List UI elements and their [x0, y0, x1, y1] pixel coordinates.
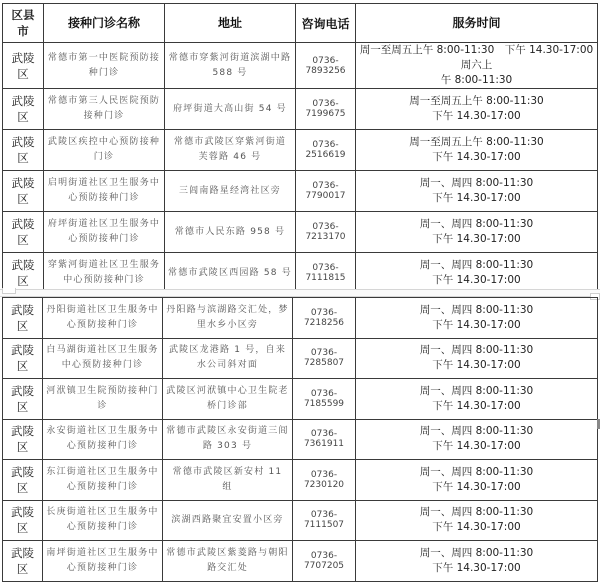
address-cell: 武陵区龙港路 1 号，自来水公司斜对面	[163, 338, 293, 379]
table-row: 武陵区 常德市第一中医院预防接种门诊 常德市穿紫河街道滨湖中路 588 号 07…	[3, 43, 598, 89]
clinic-name-cell: 常德市第三人民医院预防接种门诊	[44, 89, 165, 130]
service-hours-cell: 周一、周四 8:00-11:30下午 14.30-17:00	[356, 338, 598, 379]
phone-cell: 0736-7213170	[296, 212, 356, 253]
hours-line-1: 周一、周四 8:00-11:30	[359, 343, 594, 358]
hours-line-2: 下午 14.30-17:00	[359, 318, 594, 333]
address-cell: 常德市武陵区新安村 11 组	[163, 460, 293, 501]
address-cell: 常德市武陵区紫菱路与朝阳路交汇处	[163, 541, 293, 582]
clinic-name-cell: 武陵区疾控中心预防接种门诊	[44, 130, 165, 171]
hours-line-1: 周一至周五上午 8:00-11:30	[359, 94, 594, 109]
district-cell: 武陵区	[3, 212, 44, 253]
table-row: 武陵区 河洑镇卫生院预防接种门诊 武陵区河洑镇中心卫生院老桥门诊部 0736-7…	[3, 379, 598, 420]
service-hours-cell: 周一至周五上午 8:00-11:30下午 14.30-17:00	[356, 89, 598, 130]
hours-line-1: 周一、周四 8:00-11:30	[359, 465, 594, 480]
table-row: 武陵区 府坪街道社区卫生服务中心预防接种门诊 常德市人民东路 958 号 073…	[3, 212, 598, 253]
hours-line-1: 周一、周四 8:00-11:30	[359, 424, 594, 439]
service-hours-cell: 周一、周四 8:00-11:30下午 14.30-17:00	[356, 379, 598, 420]
hours-line-2: 下午 14.30-17:00	[359, 358, 594, 373]
hours-line-2: 下午 14.30-17:00	[359, 232, 594, 247]
address-cell: 常德市武陵区永安街道三闾路 303 号	[163, 419, 293, 460]
hours-line-1: 周一至周五上午 8:00-11:30 下午 14.30-17:00 周六上	[359, 43, 594, 73]
address-cell: 常德市穿紫河街道滨湖中路 588 号	[165, 43, 296, 89]
district-cell: 武陵区	[3, 171, 44, 212]
hours-line-2: 午 8:00-11:30	[359, 73, 594, 88]
clinic-name-cell: 永安街道社区卫生服务中心预防接种门诊	[43, 419, 163, 460]
table-row: 武陵区 长庚街道社区卫生服务中心预防接种门诊 滨湖西路聚宜安置小区旁 0736-…	[3, 500, 598, 541]
header-clinic-name: 接种门诊名称	[44, 4, 165, 43]
address-cell: 府坪街道大高山街 54 号	[165, 89, 296, 130]
hours-line-2: 下午 14.30-17:00	[359, 150, 594, 165]
service-hours-cell: 周一、周四 8:00-11:30下午 14.30-17:00	[356, 541, 598, 582]
district-cell: 武陵区	[3, 419, 43, 460]
address-cell: 常德市人民东路 958 号	[165, 212, 296, 253]
service-hours-cell: 周一至周五上午 8:00-11:30 下午 14.30-17:00 周六上午 8…	[356, 43, 598, 89]
table-row: 武陵区 穿紫河街道社区卫生服务中心预防接种门诊 常德市武陵区西园路 58 号 0…	[3, 253, 598, 294]
phone-cell: 0736-7285807	[293, 338, 356, 379]
hours-line-1: 周一至周五上午 8:00-11:30	[359, 135, 594, 150]
phone-cell: 0736-7111815	[296, 253, 356, 294]
service-hours-cell: 周一、周四 8:00-11:30下午 14.30-17:00	[356, 253, 598, 294]
service-hours-cell: 周一、周四 8:00-11:30下午 14.30-17:00	[356, 171, 598, 212]
phone-cell: 0736-7185599	[293, 379, 356, 420]
address-cell: 滨湖西路聚宜安置小区旁	[163, 500, 293, 541]
hours-line-1: 周一、周四 8:00-11:30	[359, 258, 594, 273]
phone-cell: 0736-7111507	[293, 500, 356, 541]
address-cell: 常德市武陵区穿紫河街道 芙蓉路 46 号	[165, 130, 296, 171]
clinic-name-cell: 穿紫河街道社区卫生服务中心预防接种门诊	[44, 253, 165, 294]
header-address: 地址	[165, 4, 296, 43]
district-cell: 武陵区	[3, 89, 44, 130]
district-cell: 武陵区	[3, 130, 44, 171]
clinic-name-cell: 东江街道社区卫生服务中心预防接种门诊	[43, 460, 163, 501]
phone-cell: 0736-7199675	[296, 89, 356, 130]
clinic-name-cell: 南坪街道社区卫生服务中心预防接种门诊	[43, 541, 163, 582]
service-hours-cell: 周一至周五上午 8:00-11:30下午 14.30-17:00	[356, 130, 598, 171]
table-row: 武陵区 武陵区疾控中心预防接种门诊 常德市武陵区穿紫河街道 芙蓉路 46 号 0…	[3, 130, 598, 171]
table-row: 武陵区 南坪街道社区卫生服务中心预防接种门诊 常德市武陵区紫菱路与朝阳路交汇处 …	[3, 541, 598, 582]
table-row: 武陵区 启明街道社区卫生服务中心预防接种门诊 三闾南路星经湾社区旁 0736-7…	[3, 171, 598, 212]
table-row: 武陵区 丹阳街道社区卫生服务中心预防接种门诊 丹阳路与滨湖路交汇处，梦里水乡小区…	[3, 298, 598, 339]
phone-cell: 0736-7893256	[296, 43, 356, 89]
clinic-table-part-1: 区县市 接种门诊名称 地址 咨询电话 服务时间 武陵区 常德市第一中医院预防接种…	[2, 3, 598, 294]
address-cell: 常德市武陵区西园路 58 号	[165, 253, 296, 294]
clinic-name-cell: 启明街道社区卫生服务中心预防接种门诊	[44, 171, 165, 212]
header-service-hours: 服务时间	[356, 4, 598, 43]
service-hours-cell: 周一、周四 8:00-11:30下午 14.30-17:00	[356, 500, 598, 541]
hours-line-2: 下午 14.30-17:00	[359, 273, 594, 288]
hours-line-2: 下午 14.30-17:00	[359, 439, 594, 454]
hours-line-1: 周一、周四 8:00-11:30	[359, 546, 594, 561]
clinic-table-part-2: 武陵区 丹阳街道社区卫生服务中心预防接种门诊 丹阳路与滨湖路交汇处，梦里水乡小区…	[2, 297, 598, 582]
table-row: 武陵区 白马湖街道社区卫生服务中心预防接种门诊 武陵区龙港路 1 号，自来水公司…	[3, 338, 598, 379]
district-cell: 武陵区	[3, 460, 43, 501]
table-row: 武陵区 永安街道社区卫生服务中心预防接种门诊 常德市武陵区永安街道三闾路 303…	[3, 419, 598, 460]
phone-cell: 0736-7218256	[293, 298, 356, 339]
phone-cell: 0736-7361911	[293, 419, 356, 460]
clinic-name-cell: 白马湖街道社区卫生服务中心预防接种门诊	[43, 338, 163, 379]
service-hours-cell: 周一、周四 8:00-11:30下午 14.30-17:00	[356, 212, 598, 253]
phone-cell: 0736-7707205	[293, 541, 356, 582]
clinic-name-cell: 常德市第一中医院预防接种门诊	[44, 43, 165, 89]
phone-cell: 0736-2516619	[296, 130, 356, 171]
district-cell: 武陵区	[3, 298, 43, 339]
phone-cell: 0736-7790017	[296, 171, 356, 212]
hours-line-1: 周一、周四 8:00-11:30	[359, 384, 594, 399]
hours-line-1: 周一、周四 8:00-11:30	[359, 505, 594, 520]
service-hours-cell: 周一、周四 8:00-11:30下午 14.30-17:00	[356, 419, 598, 460]
hours-line-2: 下午 14.30-17:00	[359, 480, 594, 495]
page-break-marker-left	[2, 288, 16, 294]
page-break-separator	[0, 289, 600, 297]
address-cell: 三闾南路星经湾社区旁	[165, 171, 296, 212]
district-cell: 武陵区	[3, 500, 43, 541]
district-cell: 武陵区	[3, 541, 43, 582]
district-cell: 武陵区	[3, 43, 44, 89]
phone-cell: 0736-7230120	[293, 460, 356, 501]
clinic-name-cell: 府坪街道社区卫生服务中心预防接种门诊	[44, 212, 165, 253]
hours-line-2: 下午 14.30-17:00	[359, 191, 594, 206]
table-row: 武陵区 常德市第三人民医院预防接种门诊 府坪街道大高山街 54 号 0736-7…	[3, 89, 598, 130]
hours-line-1: 周一、周四 8:00-11:30	[359, 176, 594, 191]
hours-line-1: 周一、周四 8:00-11:30	[359, 303, 594, 318]
header-phone: 咨询电话	[296, 4, 356, 43]
clinic-name-cell: 丹阳街道社区卫生服务中心预防接种门诊	[43, 298, 163, 339]
service-hours-cell: 周一、周四 8:00-11:30下午 14.30-17:00	[356, 460, 598, 501]
district-cell: 武陵区	[3, 338, 43, 379]
hours-line-2: 下午 14.30-17:00	[359, 561, 594, 576]
hours-line-1: 周一、周四 8:00-11:30	[359, 217, 594, 232]
hours-line-2: 下午 14.30-17:00	[359, 520, 594, 535]
clinic-name-cell: 河洑镇卫生院预防接种门诊	[43, 379, 163, 420]
hours-line-2: 下午 14.30-17:00	[359, 109, 594, 124]
address-cell: 丹阳路与滨湖路交汇处，梦里水乡小区旁	[163, 298, 293, 339]
address-cell: 武陵区河洑镇中心卫生院老桥门诊部	[163, 379, 293, 420]
header-row: 区县市 接种门诊名称 地址 咨询电话 服务时间	[3, 4, 598, 43]
district-cell: 武陵区	[3, 379, 43, 420]
table-row: 武陵区 东江街道社区卫生服务中心预防接种门诊 常德市武陵区新安村 11 组 07…	[3, 460, 598, 501]
hours-line-2: 下午 14.30-17:00	[359, 399, 594, 414]
clinic-name-cell: 长庚街道社区卫生服务中心预防接种门诊	[43, 500, 163, 541]
service-hours-cell: 周一、周四 8:00-11:30下午 14.30-17:00	[356, 298, 598, 339]
header-district: 区县市	[3, 4, 44, 43]
